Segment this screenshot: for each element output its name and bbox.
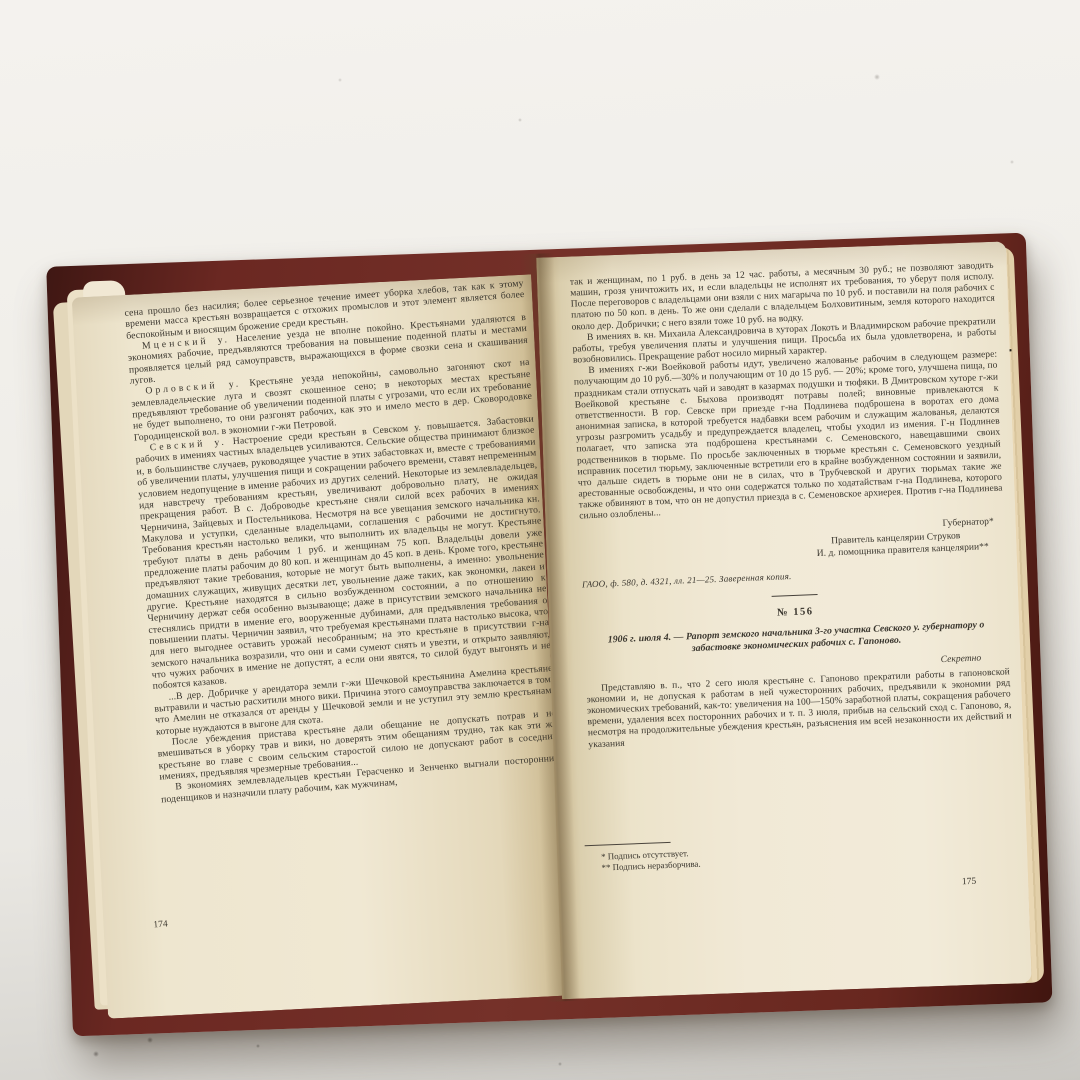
paragraph: Представляю в. п., что 2 сего июля крест… [586, 667, 1012, 751]
paragraph: Севский у. Настроение среди крестьян в С… [134, 414, 552, 693]
right-page: так и женщинам, по 1 руб. в день за 12 ч… [536, 241, 1032, 999]
right-page-text: так и женщинам, по 1 руб. в день за 12 ч… [570, 261, 1013, 751]
photo-background: коп. сена прошло без насилия; более серь… [0, 0, 1080, 1080]
divider [772, 594, 818, 597]
right-page-number: 175 [962, 877, 977, 887]
footnotes: * Подпись отсутствует.** Подпись неразбо… [591, 832, 912, 875]
left-page-number: 174 [153, 919, 168, 930]
paragraph: В имениях г-жи Воейковой работы идут, ув… [573, 350, 1003, 523]
left-page-text: сена прошло без насилия; более серьезное… [124, 278, 560, 806]
left-page: сена прошло без насилия; более серьезное… [72, 274, 568, 1018]
open-book: коп. сена прошло без насилия; более серь… [29, 207, 1057, 1071]
